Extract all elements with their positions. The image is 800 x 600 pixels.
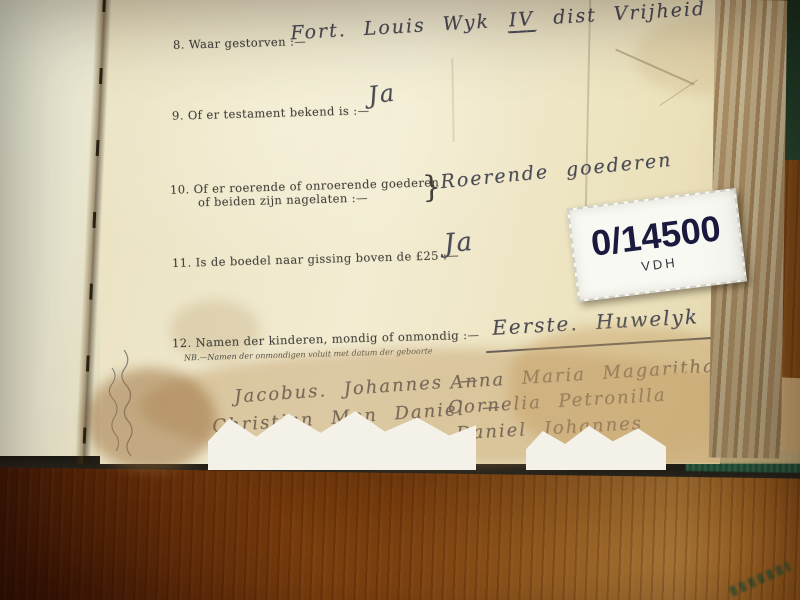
sticker-label: VDH xyxy=(640,255,678,274)
question-10-answer-handwriting: Roerende goederen xyxy=(439,149,673,193)
answer-8-part-underlined: IV xyxy=(506,8,537,33)
paper-crease xyxy=(451,58,454,142)
answer-8-part-pre: Fort. Louis Wyk xyxy=(290,11,491,45)
question-9-label: 9. Of er testament bekend is :— xyxy=(172,103,370,123)
question-10-brace: } xyxy=(421,170,441,206)
paper-stain-binding xyxy=(86,368,216,472)
sticker-code: 0/14500 xyxy=(589,210,723,262)
photo-scene: 8. Waar gestorven :— Fort. Louis Wyk IV … xyxy=(0,0,800,600)
question-11-answer-handwriting: Ja xyxy=(443,227,475,259)
question-9-answer-handwriting: Ja xyxy=(366,78,397,109)
question-8-label: 8. Waar gestorven :— xyxy=(173,34,307,52)
question-11-label: 11. Is de boedel naar gissing boven de £… xyxy=(172,248,459,270)
